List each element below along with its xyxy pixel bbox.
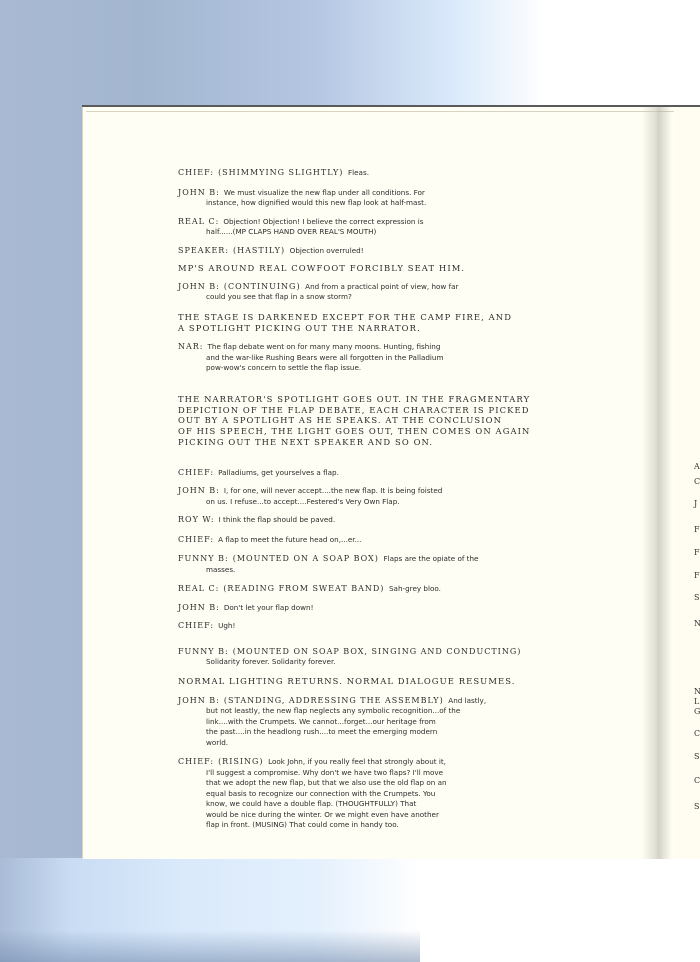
stage-cue: (MOUNTED ON A SOAP BOX): [233, 554, 379, 563]
stage-direction-line: A SPOTLIGHT PICKING OUT THE NARRATOR.: [178, 323, 598, 334]
next-page-letter: F: [694, 571, 700, 580]
dialogue-line: CHIEF:Palladiums, get yourselves a flap.: [178, 468, 598, 479]
dialogue-line: FUNNY B:(MOUNTED ON A SOAP BOX) Flaps ar…: [178, 554, 598, 575]
speaker-name: REAL C:: [178, 584, 219, 593]
dialogue-text: Sah-grey bloo.: [389, 584, 441, 593]
speaker-name: CHIEF:: [178, 468, 214, 477]
stage-direction: THE NARRATOR'S SPOTLIGHT GOES OUT. IN TH…: [178, 394, 598, 448]
stage-direction-line: DEPICTION OF THE FLAP DEBATE, EACH CHARA…: [178, 405, 598, 416]
next-page-letter: C: [694, 477, 700, 486]
dialogue-line: JOHN B:Don't let your flap down!: [178, 603, 598, 614]
dialogue-text: masses.: [178, 565, 598, 576]
dialogue-text: would be nice during the winter. Or we m…: [178, 810, 598, 821]
dialogue-line: JOHN B:(STANDING, ADDRESSING THE ASSEMBL…: [178, 696, 598, 749]
next-page-letter: C: [694, 729, 700, 738]
dialogue-text: that we adopt the new flap, but that we …: [178, 778, 598, 789]
stage-direction: MP'S AROUND REAL COWFOOT FORCIBLY SEAT H…: [178, 263, 598, 274]
dialogue-text: Objection overruled!: [290, 246, 364, 255]
next-page-letter: A: [694, 462, 700, 471]
dialogue-line: CHIEF:Ugh!: [178, 621, 598, 632]
dialogue-text: A flap to meet the future head on,...er.…: [218, 535, 361, 544]
dialogue-text: equal basis to recognize our connection …: [178, 789, 598, 800]
speaker-name: JOHN B:: [178, 603, 220, 612]
dialogue-line: JOHN B:I, for one, will never accept....…: [178, 486, 598, 507]
next-page-letter: F: [694, 548, 700, 557]
stage-direction-line: THE NARRATOR'S SPOTLIGHT GOES OUT. IN TH…: [178, 394, 598, 405]
next-page-letter: F: [694, 525, 700, 534]
speaker-name: CHIEF:: [178, 621, 214, 630]
dialogue-text: Solidarity forever. Solidarity forever.: [178, 657, 598, 668]
next-page-letter: N: [694, 687, 700, 696]
dialogue-text: the past....in the headlong rush....to m…: [178, 727, 598, 738]
next-page-letter: G: [694, 707, 700, 716]
stage-direction-line: MP'S AROUND REAL COWFOOT FORCIBLY SEAT H…: [178, 263, 598, 274]
dialogue-line: SPEAKER:(HASTILY) Objection overruled!: [178, 246, 598, 257]
dialogue-text: I, for one, will never accept....the new…: [224, 486, 443, 495]
dialogue-text: I think the flap should be paved.: [219, 515, 336, 524]
speaker-name: CHIEF:: [178, 535, 214, 544]
dialogue-text: Fleas.: [348, 168, 369, 177]
dialogue-text: world.: [178, 738, 598, 749]
speaker-name: JOHN B:: [178, 486, 220, 495]
speaker-name: JOHN B:: [178, 696, 220, 705]
next-page-letter: S: [694, 593, 699, 602]
stage-cue: (HASTILY): [233, 246, 285, 255]
dialogue-text: Objection! Objection! I believe the corr…: [223, 217, 423, 226]
script-page: ACJFFFSNNLGCSCS CHIEF:(SHIMMYING SLIGHTL…: [82, 105, 700, 859]
dialogue-line: CHIEF:(RISING) Look John, if you really …: [178, 757, 598, 831]
stage-cue: (MOUNTED ON SOAP BOX, SINGING AND CONDUC…: [233, 647, 522, 656]
speaker-name: FUNNY B:: [178, 647, 229, 656]
page-edge-line: [86, 111, 700, 112]
stage-cue: (SHIMMYING SLIGHTLY): [218, 168, 343, 177]
script-content: CHIEF:(SHIMMYING SLIGHTLY) Fleas.JOHN B:…: [178, 160, 598, 831]
stage-cue: (CONTINUING): [224, 282, 301, 291]
next-page-letter: L: [694, 697, 699, 706]
dialogue-text: link....with the Crumpets. We cannot...f…: [178, 717, 598, 728]
dialogue-text: and the war-like Rushing Bears were all …: [178, 353, 598, 364]
stage-direction-line: NORMAL LIGHTING RETURNS. NORMAL DIALOGUE…: [178, 676, 598, 687]
dialogue-text: I'll suggest a compromise. Why don't we …: [178, 768, 598, 779]
stage-direction-line: PICKING OUT THE NEXT SPEAKER AND SO ON.: [178, 437, 598, 448]
dialogue-line: NAR:The flap debate went on for many man…: [178, 342, 598, 374]
dialogue-line: REAL C:(READING FROM SWEAT BAND) Sah-gre…: [178, 584, 598, 595]
dialogue-line: REAL C:Objection! Objection! I believe t…: [178, 217, 598, 238]
dialogue-text: on us. I refuse...to accept....Festered'…: [178, 497, 598, 508]
dialogue-text: flap in front. (MUSING) That could come …: [178, 820, 598, 831]
dialogue-text: Ugh!: [218, 621, 235, 630]
stage-direction: NORMAL LIGHTING RETURNS. NORMAL DIALOGUE…: [178, 676, 598, 687]
background-shadow: [0, 930, 420, 962]
dialogue-text: We must visualize the new flap under all…: [224, 188, 425, 197]
dialogue-text: pow-wow's concern to settle the flap iss…: [178, 363, 598, 374]
dialogue-line: CHIEF:A flap to meet the future head on,…: [178, 535, 598, 546]
stage-direction-line: OF HIS SPEECH, THE LIGHT GOES OUT, THEN …: [178, 426, 598, 437]
next-page-letter: S: [694, 802, 699, 811]
speaker-name: CHIEF:: [178, 757, 214, 766]
stage-cue: (STANDING, ADDRESSING THE ASSEMBLY): [224, 696, 444, 705]
speaker-name: JOHN B:: [178, 188, 220, 197]
dialogue-text: And from a practical point of view, how …: [305, 282, 458, 291]
speaker-name: REAL C:: [178, 217, 219, 226]
speaker-name: FUNNY B:: [178, 554, 229, 563]
dialogue-text: could you see that flap in a snow storm?: [178, 292, 598, 303]
stage-direction-line: OUT BY A SPOTLIGHT AS HE SPEAKS. AT THE …: [178, 415, 598, 426]
next-page-edge: ACJFFFSNNLGCSCS: [674, 107, 700, 859]
dialogue-line: JOHN B:(CONTINUING) And from a practical…: [178, 282, 598, 303]
next-page-letter: J: [694, 499, 697, 508]
dialogue-text: Don't let your flap down!: [224, 603, 314, 612]
dialogue-text: Flaps are the opiate of the: [383, 554, 478, 563]
next-page-letter: C: [694, 776, 700, 785]
dialogue-text: Palladiums, get yourselves a flap.: [218, 468, 339, 477]
speaker-name: CHIEF:: [178, 168, 214, 177]
dialogue-text: but not leastly, the new flap neglects a…: [178, 706, 598, 717]
next-page-letter: S: [694, 752, 699, 761]
stage-cue: (READING FROM SWEAT BAND): [223, 584, 384, 593]
stage-direction: THE STAGE IS DARKENED EXCEPT FOR THE CAM…: [178, 312, 598, 334]
dialogue-text: know, we could have a double flap. (THOU…: [178, 799, 598, 810]
speaker-name: JOHN B:: [178, 282, 220, 291]
dialogue-text: instance, how dignified would this new f…: [178, 198, 598, 209]
speaker-name: ROY W:: [178, 515, 215, 524]
stage-cue: (RISING): [218, 757, 263, 766]
speaker-name: NAR:: [178, 342, 204, 351]
speaker-name: SPEAKER:: [178, 246, 229, 255]
dialogue-text: The flap debate went on for many many mo…: [208, 342, 441, 351]
dialogue-line: CHIEF:(SHIMMYING SLIGHTLY) Fleas.: [178, 168, 598, 179]
dialogue-line: ROY W:I think the flap should be paved.: [178, 515, 598, 526]
dialogue-text: Look John, if you really feel that stron…: [268, 757, 446, 766]
dialogue-text: half......(MP CLAPS HAND OVER REAL'S MOU…: [178, 227, 598, 238]
next-page-letter: N: [694, 619, 700, 628]
dialogue-line: JOHN B:We must visualize the new flap un…: [178, 188, 598, 209]
book-gutter: [642, 107, 672, 859]
dialogue-text: And lastly,: [448, 696, 486, 705]
dialogue-line: FUNNY B:(MOUNTED ON SOAP BOX, SINGING AN…: [178, 647, 598, 668]
stage-direction-line: THE STAGE IS DARKENED EXCEPT FOR THE CAM…: [178, 312, 598, 323]
